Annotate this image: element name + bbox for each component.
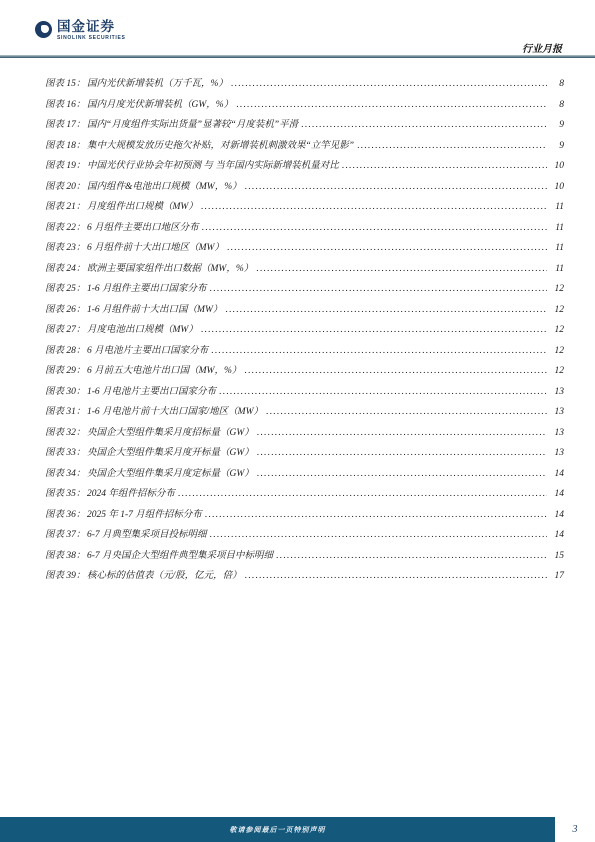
toc-entry-leader — [236, 100, 547, 110]
toc-entry-leader — [301, 120, 547, 130]
report-type-label: 行业月报 — [522, 40, 562, 55]
toc-entry[interactable]: 图表 27： 月度电池出口规模（MW） 12 — [45, 321, 564, 342]
toc-entry-page: 13 — [547, 448, 564, 458]
footer-bar: 敬请参阅最后一页特别声明 3 — [0, 817, 595, 842]
toc-entry-leader — [225, 305, 547, 315]
toc-entry-leader — [244, 366, 547, 376]
toc-entry-page: 9 — [547, 141, 564, 151]
toc-entry-page: 13 — [547, 407, 564, 417]
toc-entry[interactable]: 图表 37： 6-7 月典型集采项目投标明细 14 — [45, 526, 564, 547]
toc-entry-label: 图表 18： — [45, 137, 87, 151]
toc-entry-title: 6 月组件主要出口地区分布 — [87, 219, 202, 233]
toc-entry[interactable]: 图表 26： 1-6 月组件前十大出口国（MW） 12 — [45, 301, 564, 322]
toc-entry-label: 图表 26： — [45, 301, 87, 315]
sinolink-logo-text: 国金证券 SINOLINK SECURITIES — [57, 20, 126, 41]
toc-entry-label: 图表 34： — [45, 465, 87, 479]
toc-entry-title: 月度电池出口规模（MW） — [87, 321, 201, 335]
toc-entry-label: 图表 21： — [45, 198, 87, 212]
toc-entry-page: 11 — [547, 223, 564, 233]
toc-entry-page: 11 — [547, 264, 564, 274]
toc-entry-page: 8 — [547, 100, 564, 110]
page-header: 国金证券 SINOLINK SECURITIES 行业月报 — [0, 0, 595, 58]
toc-entry-title: 国内光伏新增装机（万千瓦，%） — [87, 75, 231, 89]
toc-entry-leader — [231, 79, 547, 89]
toc-entry-label: 图表 39： — [45, 567, 87, 581]
toc-list: 图表 15： 国内光伏新增装机（万千瓦，%） 8 图表 16： 国内月度光伏新增… — [45, 75, 564, 588]
toc-entry-leader — [266, 407, 547, 417]
toc-entry-title: 国内月度光伏新增装机（GW，%） — [87, 96, 236, 110]
toc-entry-leader — [256, 264, 547, 274]
report-page: { "header": { "brand_cn": "国金证券", "brand… — [0, 0, 595, 842]
toc-entry-page: 14 — [547, 469, 564, 479]
toc-entry-title: 核心标的估值表（元/股，亿元，倍） — [87, 567, 245, 581]
toc-entry-title: 央国企大型组件集采月度开标量（GW） — [87, 444, 257, 458]
toc-entry-title: 6-7 月央国企大型组件典型集采项目中标明细 — [87, 547, 276, 561]
toc-entry-leader — [276, 551, 547, 561]
toc-entry-title: 月度组件出口规模（MW） — [87, 198, 201, 212]
toc-entry-page: 11 — [547, 202, 564, 212]
toc-entry[interactable]: 图表 25： 1-6 月组件主要出口国家分布 12 — [45, 280, 564, 301]
toc-entry-title: 中国光伏行业协会年初预测 与 当年国内实际新增装机量对比 — [87, 157, 342, 171]
toc-entry-page: 12 — [547, 284, 564, 294]
toc-entry[interactable]: 图表 19： 中国光伏行业协会年初预测 与 当年国内实际新增装机量对比 10 — [45, 157, 564, 178]
toc-entry-label: 图表 36： — [45, 506, 87, 520]
toc-entry[interactable]: 图表 29： 6 月前五大电池片出口国（MW，%） 12 — [45, 362, 564, 383]
brand-name-en: SINOLINK SECURITIES — [57, 36, 126, 41]
toc-entry-leader — [201, 202, 547, 212]
toc-entry[interactable]: 图表 28： 6 月电池片主要出口国家分布 12 — [45, 342, 564, 363]
toc-entry-page: 12 — [547, 305, 564, 315]
toc-entry-title: 央国企大型组件集采月度定标量（GW） — [87, 465, 257, 479]
toc-entry-label: 图表 38： — [45, 547, 87, 561]
toc-entry-leader — [202, 223, 547, 233]
toc-entry[interactable]: 图表 39： 核心标的估值表（元/股，亿元，倍） 17 — [45, 567, 564, 588]
toc-entry-title: 6 月前五大电池片出口国（MW，%） — [87, 362, 244, 376]
toc-entry[interactable]: 图表 38： 6-7 月央国企大型组件典型集采项目中标明细 15 — [45, 547, 564, 568]
toc-entry-title: 国内“月度组件实际出货量”显著较“月度装机”平滑 — [87, 116, 301, 130]
toc-entry-leader — [219, 387, 547, 397]
toc-entry-label: 图表 25： — [45, 280, 87, 294]
toc-entry[interactable]: 图表 23： 6 月组件前十大出口地区（MW） 11 — [45, 239, 564, 260]
toc-entry-page: 12 — [547, 325, 564, 335]
toc-entry-leader — [210, 284, 547, 294]
toc-entry-page: 14 — [547, 530, 564, 540]
toc-entry-label: 图表 35： — [45, 485, 87, 499]
toc-entry-page: 14 — [547, 489, 564, 499]
toc-entry-page: 13 — [547, 428, 564, 438]
toc-entry-label: 图表 30： — [45, 383, 87, 397]
toc-entry-title: 1-6 月组件前十大出口国（MW） — [87, 301, 225, 315]
toc-entry-page: 12 — [547, 346, 564, 356]
toc-entry-leader — [178, 489, 547, 499]
toc-entry-label: 图表 15： — [45, 75, 87, 89]
toc-entry-leader — [257, 448, 547, 458]
toc-entry-label: 图表 16： — [45, 96, 87, 110]
toc-entry[interactable]: 图表 16： 国内月度光伏新增装机（GW，%） 8 — [45, 96, 564, 117]
toc-entry[interactable]: 图表 34： 央国企大型组件集采月度定标量（GW） 14 — [45, 465, 564, 486]
toc-entry-page: 12 — [547, 366, 564, 376]
toc-entry-title: 集中大规模发放历史拖欠补贴，对新增装机刺激效果“立竿见影” — [87, 137, 357, 151]
page-number: 3 — [555, 817, 595, 842]
toc-entry-label: 图表 29： — [45, 362, 87, 376]
toc-entry-leader — [201, 325, 547, 335]
toc-entry-title: 1-6 月组件主要出口国家分布 — [87, 280, 210, 294]
toc-entry[interactable]: 图表 17： 国内“月度组件实际出货量”显著较“月度装机”平滑 9 — [45, 116, 564, 137]
toc-entry-label: 图表 37： — [45, 526, 87, 540]
toc-entry-page: 17 — [547, 571, 564, 581]
toc-entry-leader — [245, 182, 547, 192]
toc-entry-title: 2025 年 1-7 月组件招标分布 — [87, 506, 205, 520]
toc-entry-leader — [342, 161, 547, 171]
toc-entry-page: 11 — [547, 243, 564, 253]
toc-entry[interactable]: 图表 15： 国内光伏新增装机（万千瓦，%） 8 — [45, 75, 564, 96]
toc-entry-label: 图表 31： — [45, 403, 87, 417]
toc-entry[interactable]: 图表 35： 2024 年组件招标分布 14 — [45, 485, 564, 506]
header-divider — [0, 55, 595, 58]
toc-entry-label: 图表 20： — [45, 178, 87, 192]
toc-entry-leader — [245, 571, 547, 581]
toc-entry[interactable]: 图表 20： 国内组件&电池出口规模（MW，%） 10 — [45, 178, 564, 199]
toc-entry-label: 图表 19： — [45, 157, 87, 171]
toc-entry-page: 15 — [547, 551, 564, 561]
toc-entry-title: 6 月电池片主要出口国家分布 — [87, 342, 211, 356]
toc-entry[interactable]: 图表 33： 央国企大型组件集采月度开标量（GW） 13 — [45, 444, 564, 465]
toc-entry-leader — [227, 243, 547, 253]
toc-entry-leader — [210, 530, 547, 540]
toc-entry-page: 10 — [547, 182, 564, 192]
toc-entry[interactable]: 图表 32： 央国企大型组件集采月度招标量（GW） 13 — [45, 424, 564, 445]
toc-entry-page: 9 — [547, 120, 564, 130]
toc-entry-title: 央国企大型组件集采月度招标量（GW） — [87, 424, 257, 438]
sinolink-logo: 国金证券 SINOLINK SECURITIES — [35, 20, 126, 41]
toc-entry-leader — [205, 510, 547, 520]
toc-entry-label: 图表 24： — [45, 260, 87, 274]
toc-entry-leader — [257, 428, 547, 438]
toc-entry-leader — [357, 141, 547, 151]
toc-entry-label: 图表 33： — [45, 444, 87, 458]
toc-entry-page: 10 — [547, 161, 564, 171]
toc-entry-label: 图表 27： — [45, 321, 87, 335]
toc-entry-title: 1-6 月电池片前十大出口国家/地区（MW） — [87, 403, 266, 417]
toc-entry-page: 13 — [547, 387, 564, 397]
toc-entry-title: 欧洲主要国家组件出口数据（MW，%） — [87, 260, 256, 274]
toc-entry[interactable]: 图表 31： 1-6 月电池片前十大出口国家/地区（MW） 13 — [45, 403, 564, 424]
brand-name-cn: 国金证券 — [57, 20, 126, 34]
toc-entry-leader — [211, 346, 547, 356]
toc-entry-page: 8 — [547, 79, 564, 89]
toc-entry-title: 2024 年组件招标分布 — [87, 485, 178, 499]
toc-entry-title: 6-7 月典型集采项目投标明细 — [87, 526, 210, 540]
toc-entry[interactable]: 图表 22： 6 月组件主要出口地区分布 11 — [45, 219, 564, 240]
toc-entry-label: 图表 32： — [45, 424, 87, 438]
toc-entry[interactable]: 图表 36： 2025 年 1-7 月组件招标分布 14 — [45, 506, 564, 527]
toc-entry-title: 国内组件&电池出口规模（MW，%） — [87, 178, 245, 192]
toc-entry-page: 14 — [547, 510, 564, 520]
toc-entry[interactable]: 图表 30： 1-6 月电池片主要出口国家分布 13 — [45, 383, 564, 404]
toc-entry-label: 图表 22： — [45, 219, 87, 233]
toc-entry-title: 1-6 月电池片主要出口国家分布 — [87, 383, 219, 397]
toc-entry-label: 图表 23： — [45, 239, 87, 253]
toc-entry-leader — [257, 469, 547, 479]
toc-entry[interactable]: 图表 18： 集中大规模发放历史拖欠补贴，对新增装机刺激效果“立竿见影” 9 — [45, 137, 564, 158]
toc-entry[interactable]: 图表 21： 月度组件出口规模（MW） 11 — [45, 198, 564, 219]
sinolink-logo-icon — [35, 21, 52, 38]
toc-entry[interactable]: 图表 24： 欧洲主要国家组件出口数据（MW，%） 11 — [45, 260, 564, 281]
toc-entry-title: 6 月组件前十大出口地区（MW） — [87, 239, 227, 253]
toc-entry-label: 图表 28： — [45, 342, 87, 356]
toc-entry-label: 图表 17： — [45, 116, 87, 130]
footer-disclaimer: 敬请参阅最后一页特别声明 — [0, 825, 555, 835]
